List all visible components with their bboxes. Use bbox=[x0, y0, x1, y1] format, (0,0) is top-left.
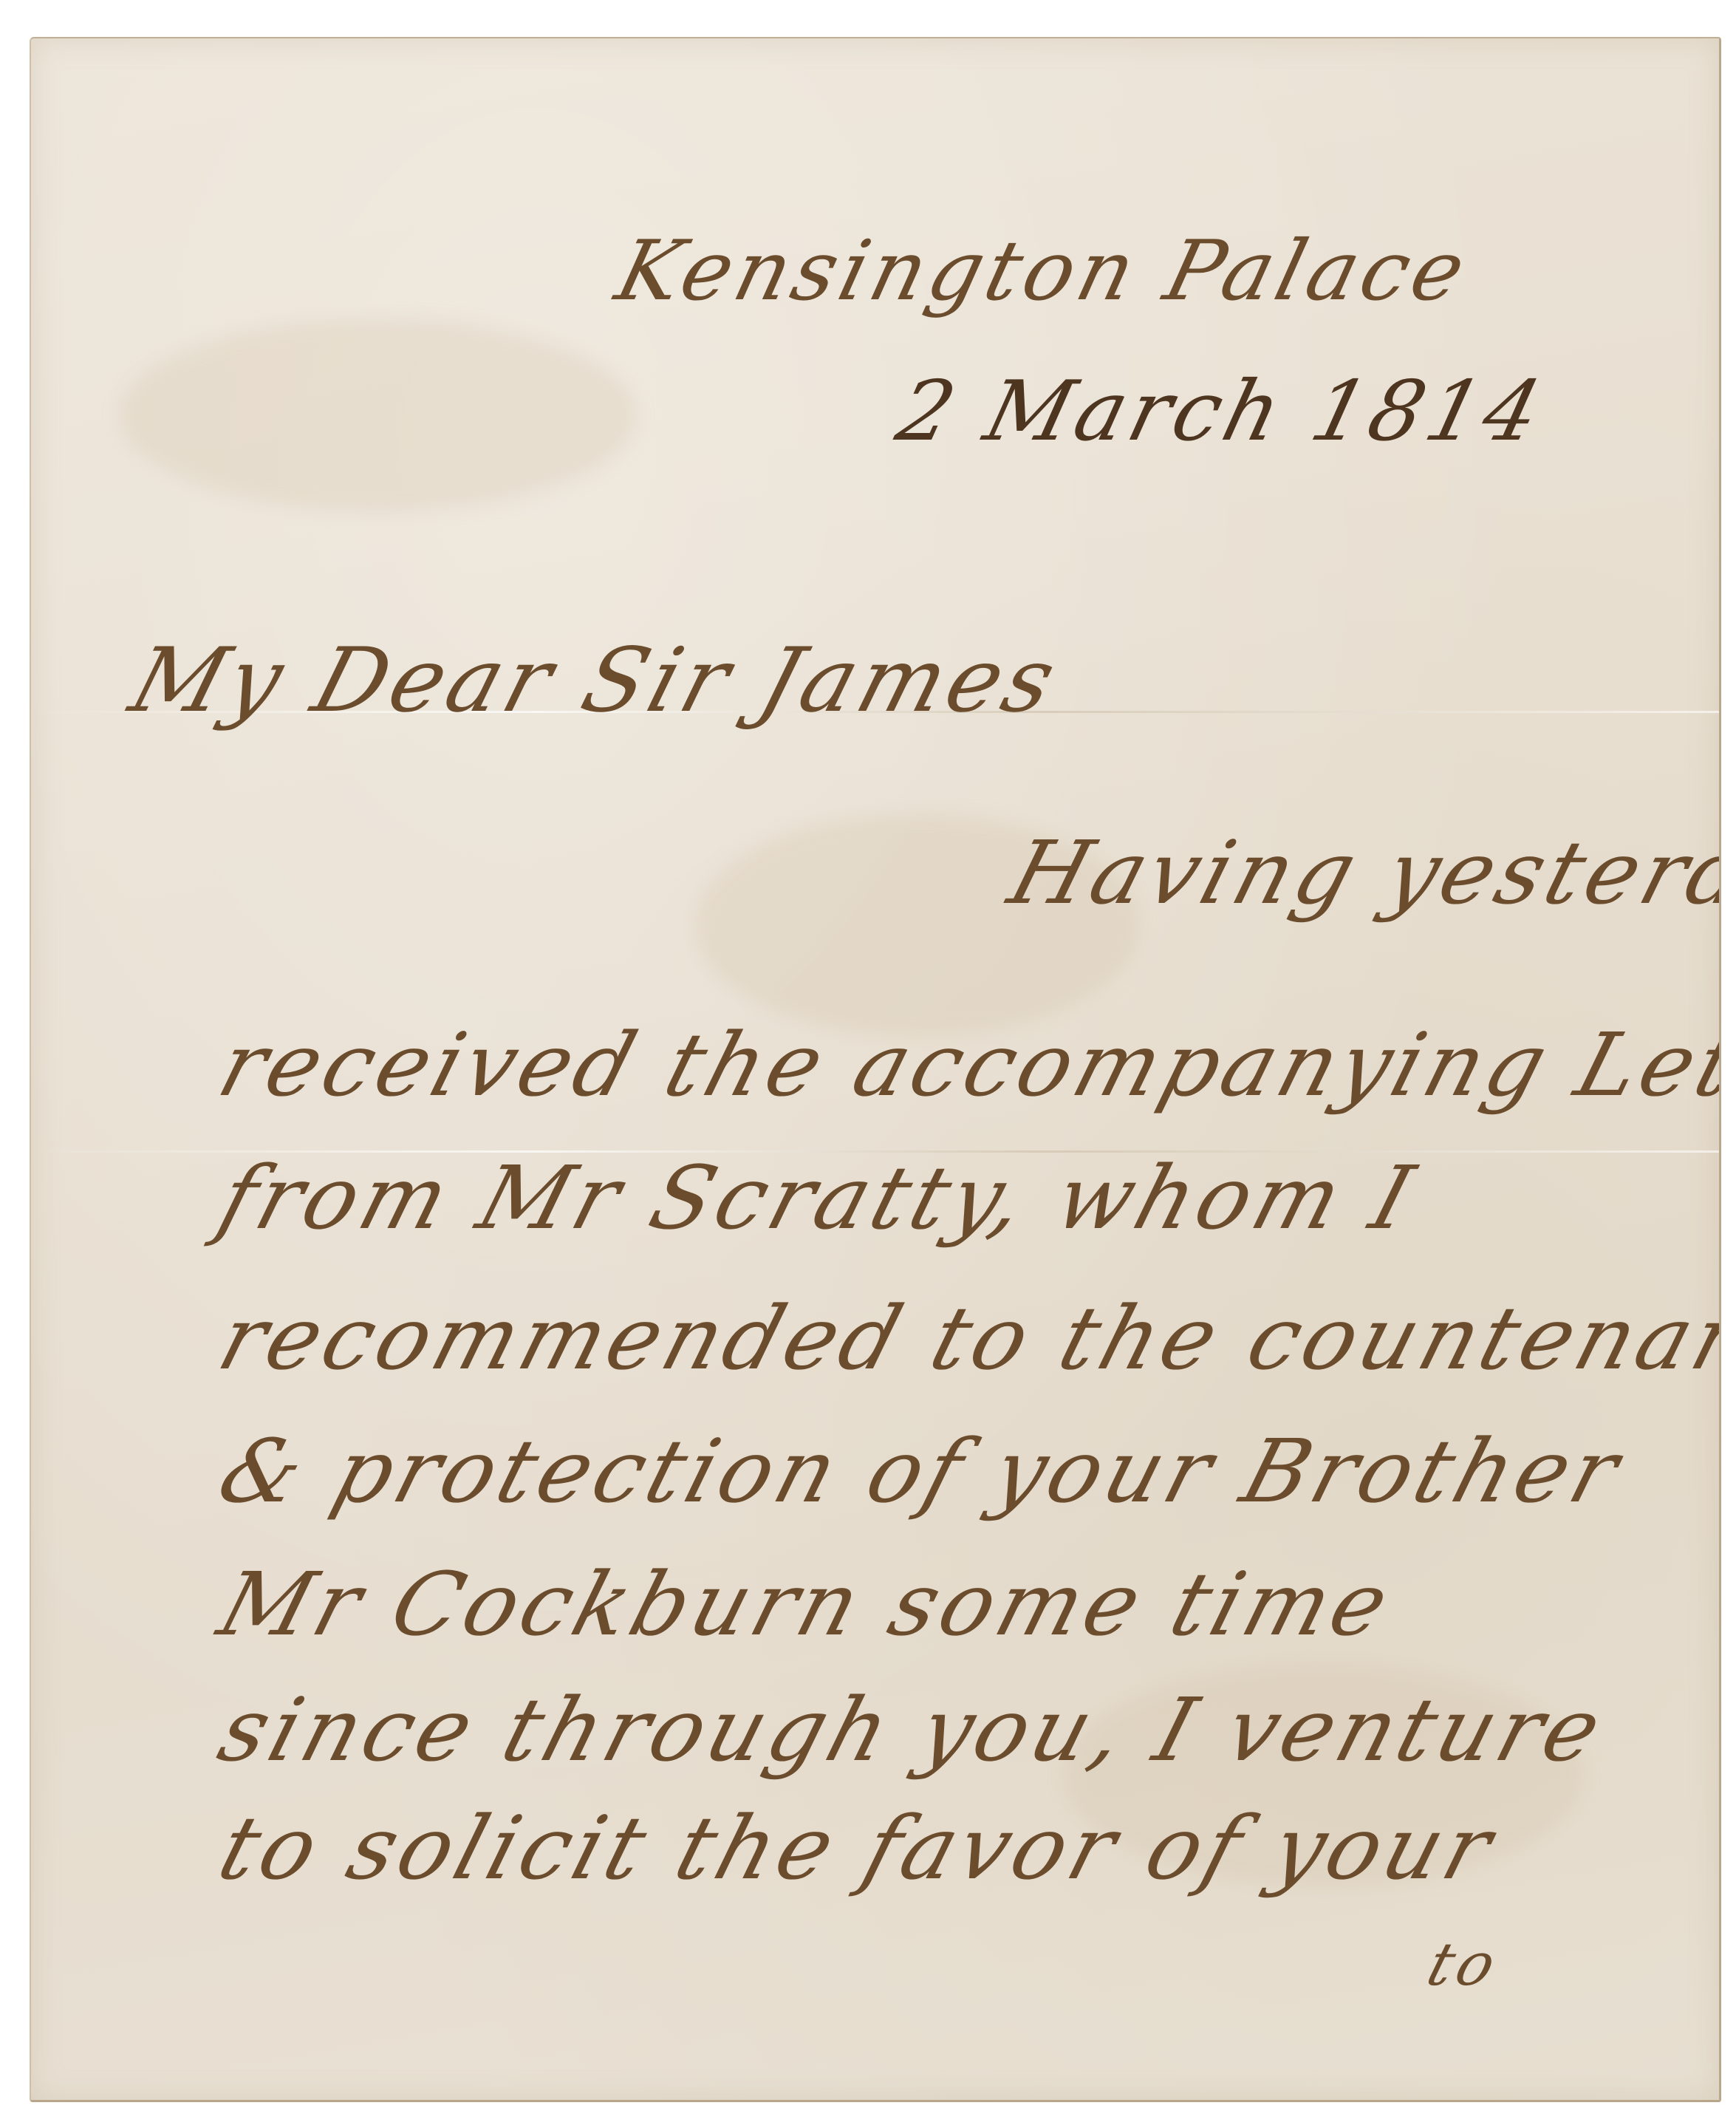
paper-stain bbox=[120, 319, 637, 511]
body-line-8: to solicit the favor of your bbox=[208, 1797, 1507, 1899]
body-line-2: received the accompanying Letter bbox=[208, 1014, 1721, 1116]
body-line-5: & protection of your Brother bbox=[208, 1420, 1634, 1522]
letter-date: 2 March 1814 bbox=[888, 364, 1554, 460]
letter-sheet: Kensington Palace 2 March 1814 My Dear S… bbox=[30, 37, 1721, 2102]
body-line-7: since through you, I venture bbox=[208, 1679, 1616, 1781]
letter-salutation: My Dear Sir James bbox=[120, 630, 1070, 732]
letter-place: Kensington Palace bbox=[607, 223, 1478, 319]
body-line-4: recommended to the countenance bbox=[208, 1287, 1721, 1389]
catchword: to bbox=[1420, 1930, 1508, 1999]
body-line-6: Mr Cockburn some time bbox=[208, 1553, 1404, 1655]
body-line-1: Having yesterday bbox=[999, 822, 1721, 924]
body-line-3: from Mr Scratty, whom I bbox=[208, 1147, 1428, 1249]
page-background: Kensington Palace 2 March 1814 My Dear S… bbox=[0, 0, 1736, 2128]
